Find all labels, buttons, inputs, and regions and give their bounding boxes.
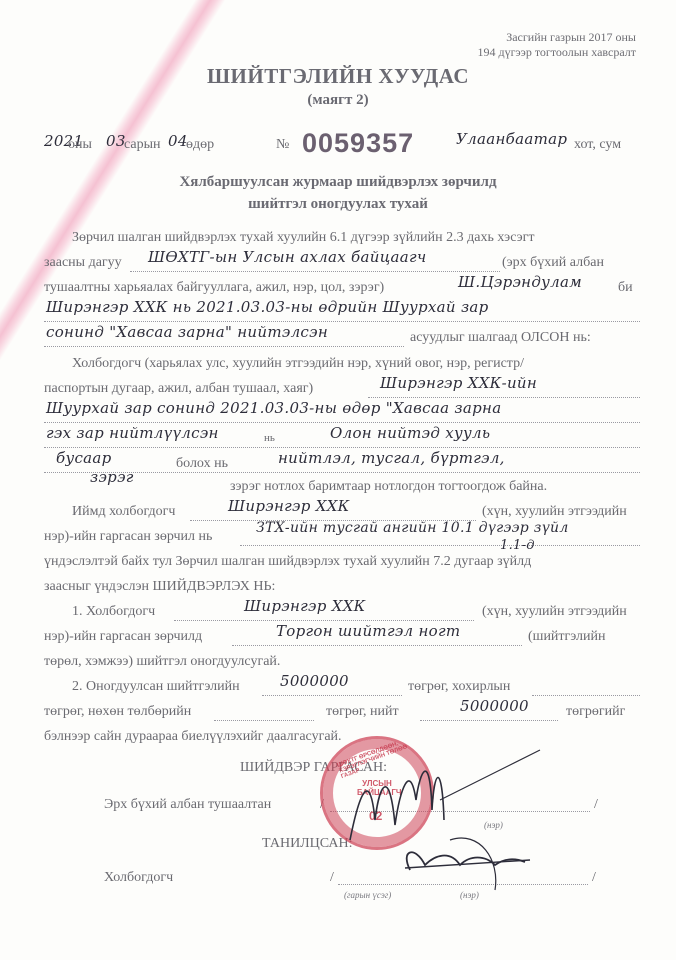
slash-right-2: / xyxy=(592,870,596,886)
decision1-line2-suffix: (шийтгэлийн xyxy=(528,629,606,645)
evidence-etc-handwritten: зэрэг xyxy=(90,468,134,486)
party-line3-handwritten: гэх зар нийтлүүлсэн xyxy=(46,424,219,442)
party-line1-handwritten: Ширэнгэр ХХК-ийн xyxy=(380,374,537,392)
signature-scribbles-icon xyxy=(330,730,590,910)
violation-article-handwritten: ЗТХ-ийн тусгай ангийн 10.1 дүгээр зүйл xyxy=(256,520,569,536)
para3-line2-label: нэр)-ийн гаргасан зөрчил нь xyxy=(44,529,212,545)
decision1-line1-suffix: (хүн, хуулийн этгээдийн xyxy=(482,604,627,620)
document-subtitle: (маягт 2) xyxy=(0,92,676,109)
para2-line4-label: нь xyxy=(264,432,275,444)
para2-line5-label: болох нь xyxy=(176,456,228,472)
party-label: Холбогдогч xyxy=(104,870,173,886)
header-note-line1: Засгийн газрын 2017 оны xyxy=(478,30,637,45)
finding-line1-handwritten: Ширэнгэр ХХК нь 2021.03.03-ны өдрийн Шуу… xyxy=(46,298,489,316)
official-label: Эрх бүхий албан тушаалтан xyxy=(104,797,271,813)
para1-line2-suffix: (эрх бүхий албан xyxy=(502,255,604,271)
inspector-org-handwritten: ШӨХТГ-ын Улсын ахлах байцаагч xyxy=(148,248,426,266)
city-handwritten: Улаанбаатар xyxy=(456,130,567,148)
day-label: өдөр xyxy=(186,137,214,153)
slash-right: / xyxy=(594,797,598,813)
para1-line1: Зөрчил шалган шийдвэрлэх тухай хуулийн 6… xyxy=(72,230,534,246)
para1-line3-suffix: би xyxy=(618,280,633,296)
decision2-line3: бэлнээр сайн дураараа биелүүлэхийг даалг… xyxy=(44,729,342,745)
day-handwritten: 04 xyxy=(168,132,188,150)
para1-line5-suffix: асуудлыг шалгаад ОЛСОН нь: xyxy=(410,330,591,346)
para3-line1-suffix: (хүн, хуулийн этгээдийн xyxy=(482,504,627,520)
para1-line3-label: тушаалтны харьяалах байгууллага, ажил, н… xyxy=(44,280,384,296)
para2-line6-label: зэрэг нотлох баримтаар нотлогдон тогтоог… xyxy=(230,479,547,495)
decision2-line2-suffix: төгрөгийг xyxy=(566,704,625,720)
heading-line2: шийтгэл оногдуулах тухай xyxy=(0,196,676,213)
decision1-line1-label: 1. Холбогдогч xyxy=(72,604,155,620)
decision-heading: ШИЙДВЭРЛЭХ НЬ: xyxy=(153,579,276,594)
para3-line4-prefix: заасныг үндэслэн xyxy=(44,579,149,594)
decision1-line2-label: нэр)-ийн гаргасан зөрчилд xyxy=(44,629,202,645)
para1-line2-label: заасны дагуу xyxy=(44,255,122,271)
decision2-line2-mid: төгрөг, нийт xyxy=(326,704,399,720)
number-label: № xyxy=(276,137,289,153)
document-title: ШИЙТГЭЛИЙН ХУУДАС xyxy=(0,64,676,89)
violation-article-sub-handwritten: 1.1-д xyxy=(500,538,535,553)
evidence-handwritten: нийтлэл, тусгал, бүртгэл, xyxy=(278,449,505,467)
decision2-line2-label: төгрөг, нөхөн төлбөрийн xyxy=(44,704,191,720)
decision2-line1-label: 2. Оногдуулсан шийтгэлийн xyxy=(72,679,240,695)
party-line3b-handwritten: Олон нийтэд хууль xyxy=(330,424,490,442)
inspector-name-handwritten: Ш.Цэрэндулам xyxy=(458,273,582,291)
month-handwritten: 03 xyxy=(106,132,126,150)
header-note: Засгийн газрын 2017 оны 194 дүгээр тогто… xyxy=(478,30,637,60)
penalty-amount-handwritten: 5000000 xyxy=(280,672,349,690)
finding-line2-handwritten: сонинд "Хавсаа зарна" нийтэлсэн xyxy=(46,323,328,341)
decision2-line1-mid: төгрөг, хохирлын xyxy=(408,679,510,695)
para2-line2-label: паспортын дугаар, ажил, албан тушаал, ха… xyxy=(44,381,313,397)
party-name-handwritten: Ширэнгэр ХХК xyxy=(228,497,350,515)
month-label: сарын xyxy=(124,137,161,153)
party-line2-handwritten: Шуурхай зар сонинд 2021.03.03-ны өдөр "Х… xyxy=(46,399,502,417)
serial-number: 0059357 xyxy=(302,128,414,159)
total-amount-handwritten: 5000000 xyxy=(460,697,529,715)
para2-line1: Холбогдогч (харьялах улс, хуулийн этгээд… xyxy=(72,356,524,372)
party-line4-handwritten: бусаар xyxy=(56,449,112,467)
decision-party-handwritten: Ширэнгэр ХХК xyxy=(244,597,366,615)
decision1-line3: төрөл, хэмжээ) шийтгэл оногдуулсугай. xyxy=(44,654,280,670)
year-label: оны xyxy=(68,137,92,153)
heading-line1: Хялбаршуулсан журмаар шийдвэрлэх зөрчилд xyxy=(0,174,676,191)
header-note-line2: 194 дүгээр тогтоолын хавсралт xyxy=(478,45,637,60)
penalty-type-handwritten: Торгон шийтгэл ногт xyxy=(276,622,460,640)
city-label: хот, сум xyxy=(574,137,621,153)
para3-line4: заасныг үндэслэн ШИЙДВЭРЛЭХ НЬ: xyxy=(44,579,275,595)
date-line: 2021 оны 03 сарын 04 өдөр № 0059357 Улаа… xyxy=(44,130,664,160)
para3-line1-label: Иймд холбогдогч xyxy=(72,504,175,520)
para3-line3: үндэслэлтэй байх тул Зөрчил шалган шийдв… xyxy=(44,554,531,570)
